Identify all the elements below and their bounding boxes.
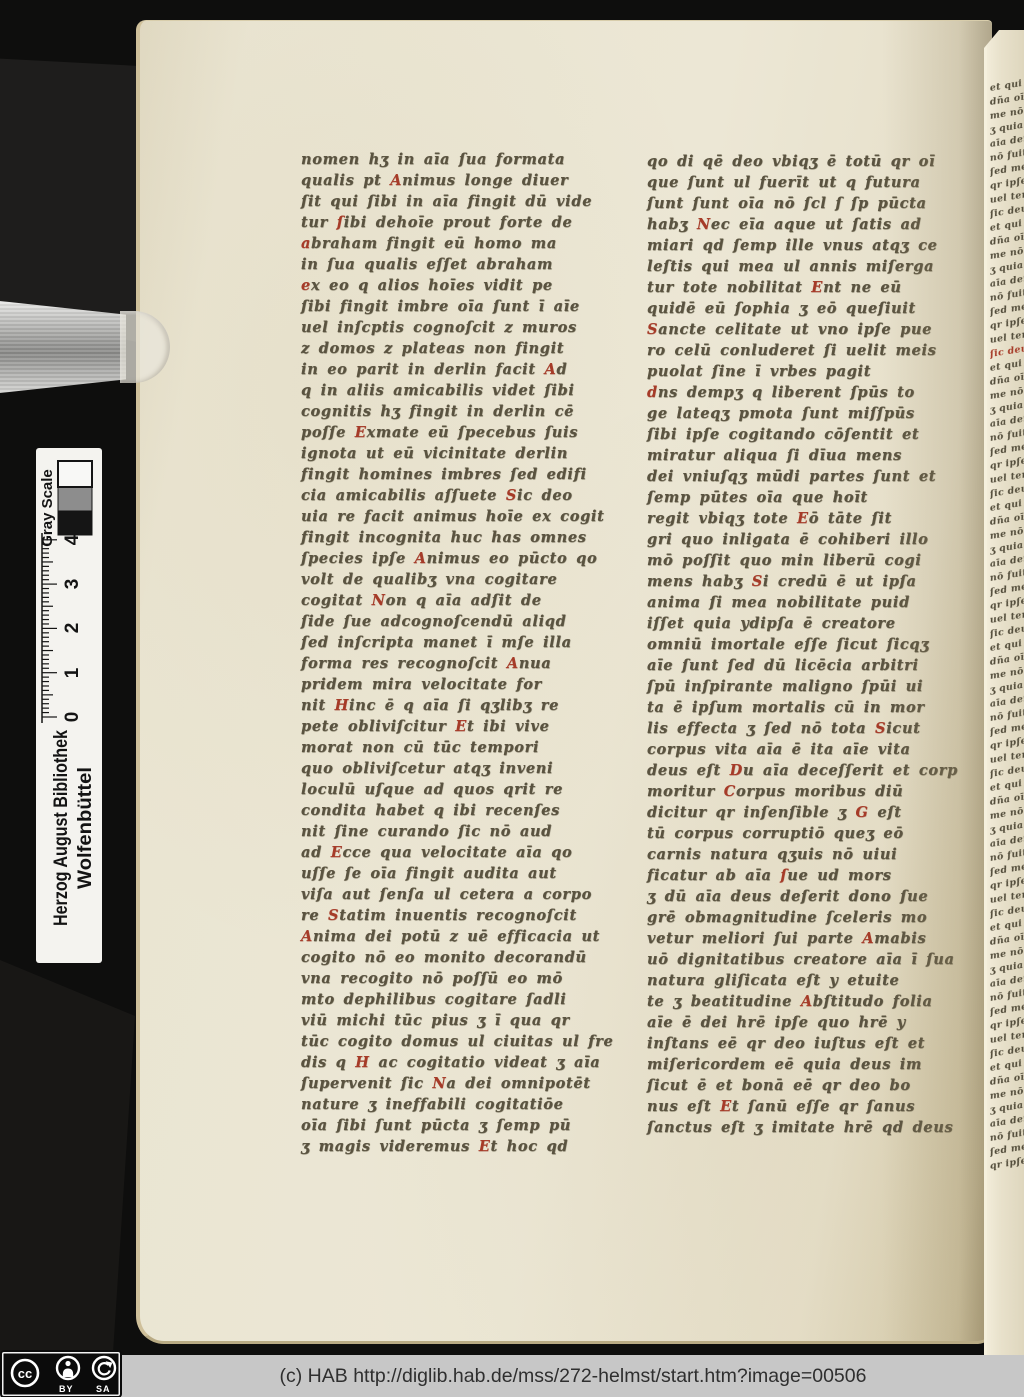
library-name-line1: Herzog August Bibliothek — [51, 730, 72, 926]
patch-black — [58, 511, 92, 535]
facing-page-edge: et qui ſibi nōdña oīa ſicme nō potuitʒ q… — [984, 30, 1024, 1356]
ruler-number-1: 1 — [62, 667, 83, 678]
facing-page-text: et qui ſibi nōdña oīa ſicme nō potuitʒ q… — [990, 82, 1024, 1174]
copyright-caption: (c) HAB http://diglib.hab.de/mss/272-hel… — [122, 1355, 1024, 1397]
binding-gutter-shadow — [882, 21, 992, 1341]
cc-sa-label: SA — [96, 1384, 111, 1394]
cc-icon: cc — [12, 1360, 38, 1386]
library-name-line2: Wolfenbüttel — [75, 767, 96, 889]
scan-stage: nomen hʒ in aīa ſua formataqualis pt Ani… — [0, 0, 1024, 1397]
ruler-number-2: 2 — [62, 623, 83, 634]
patch-gray — [58, 487, 92, 511]
caption-bar: cc BY SA (c) HAB http://diglib.hab.de/ms… — [0, 1355, 1024, 1397]
clip-metal-arm — [0, 298, 126, 396]
scanner-bed-shading-bottom — [0, 960, 150, 1360]
cc-by-label: BY — [59, 1384, 74, 1394]
manuscript-page: nomen hʒ in aīa ſua formataqualis pt Ani… — [136, 20, 992, 1344]
gray-scale-patch — [58, 461, 92, 535]
clip-translucent-tip — [120, 311, 170, 383]
text-column-left: nomen hʒ in aīa ſua formataqualis pt Ani… — [301, 149, 601, 1157]
patch-white — [58, 461, 92, 487]
ruler-number-0: 0 — [62, 712, 83, 723]
ruler-number-3: 3 — [62, 579, 83, 590]
cc-license-badge: cc BY SA — [2, 1352, 120, 1396]
ruler-number-4: 4 — [62, 534, 83, 545]
color-calibration-strip: Herzog August Bibliothek Wolfenbüttel 0 … — [36, 448, 102, 963]
calibration-strip-graphic: Herzog August Bibliothek Wolfenbüttel 0 … — [36, 448, 102, 963]
svg-text:cc: cc — [18, 1366, 32, 1381]
gray-scale-label: Gray Scale — [39, 469, 56, 547]
cc-sa-arrow-icon — [93, 1357, 115, 1379]
cc-by-person-icon — [57, 1357, 79, 1379]
page-holder-clip — [0, 298, 172, 396]
